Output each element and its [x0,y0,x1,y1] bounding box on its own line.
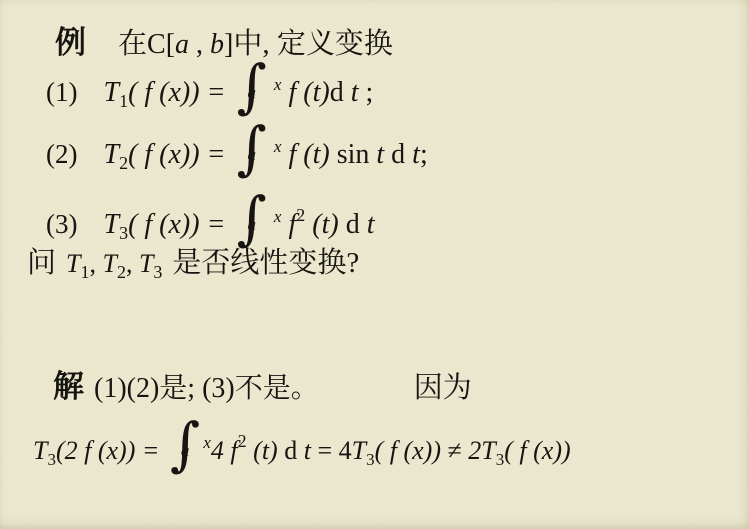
lhs-f-of-x: ( f (x)) = [128,139,232,170]
f-of-x: ( f (x)) [375,436,448,465]
title-bracket-close: ] [224,29,233,60]
lhs-f-of-x: ( f (x)) = [128,77,232,108]
var-T: T [481,436,495,465]
var-t: t [405,139,420,170]
integral: ∫xa [236,62,280,118]
item-number-2: (2) [46,139,77,169]
var-t: t [360,209,375,240]
integrand-4f: 4 f [211,436,238,465]
lhs-2f-of-x: (2 f (x)) = [56,436,166,465]
example-label: 例 [55,25,86,60]
var-T: T [352,436,366,465]
subscript-3: 3 [153,262,162,282]
of-t: (t) [247,436,278,465]
not-equal-sign: ≠ [447,436,461,465]
var-T: T [33,436,47,465]
comma: , [126,249,139,278]
var-t: t [376,139,384,170]
item-number-1: (1) [46,77,77,107]
title-comma: , [189,29,210,60]
integral: ∫xa [170,420,210,476]
title-var-b: b [210,29,224,60]
coefficient-2: 2 [462,436,482,465]
subscript-1: 1 [119,91,128,111]
semicolon: ; [420,139,428,170]
title-zh-in: 在 [118,28,147,60]
lecture-slide: 例 在C[a , b]中, 定义变换 (1)T1( f (x)) = ∫xa f… [0,0,749,529]
title-var-a: a [175,29,189,60]
integral-upper-limit: x [274,56,282,114]
question-line: 问T1, T2, T3是否线性变换? [27,234,359,301]
integrand: f (t) [281,77,329,108]
integrand: f (t) [281,139,329,170]
var-T: T [139,249,153,278]
integral-upper-limit: x [274,118,282,176]
superscript-2: 2 [238,431,247,451]
comma: , [89,249,102,278]
var-t: t [297,436,317,465]
subscript-3: 3 [496,450,505,469]
integral-lower-limit: a [181,422,190,480]
solution-body: (1)(2)是; (3)不是。 [94,373,319,404]
equation-2: (2)T2( f (x)) = ∫xa f (t) sin t d t; [46,124,428,192]
title-space-C-bracket: C[ [147,29,175,60]
integral: ∫xa [236,124,280,180]
equation-1: (1)T1( f (x)) = ∫xa f (t)d t ; [46,62,373,130]
f-of-x: ( f (x)) [504,436,570,465]
equation-counterexample: T3(2 f (x)) = ∫xa4 f2 (t) d t = 4T3( f (… [33,412,571,489]
differential-d: d [278,436,298,465]
subscript-2: 2 [117,262,126,282]
ask-label: 问 [27,247,56,279]
var-t: t [344,77,359,108]
solution-label: 解 [53,369,84,404]
differential-d: d [330,77,344,108]
integral-upper-limit: x [203,414,211,472]
question-zh-text: 是否线性变换? [172,247,359,279]
subscript-3: 3 [366,450,375,469]
subscript-2: 2 [119,153,128,173]
because-label: 因为 [414,372,472,404]
semicolon: ; [358,77,373,108]
integral-lower-limit: a [247,126,256,184]
superscript-2: 2 [296,205,305,225]
var-T: T [66,249,80,278]
differential-d: d [384,139,405,170]
var-T: T [103,139,119,170]
var-T: T [102,249,116,278]
sin-function: sin [330,139,377,170]
var-T: T [103,77,119,108]
subscript-3: 3 [47,450,56,469]
equals-4: = 4 [317,436,351,465]
